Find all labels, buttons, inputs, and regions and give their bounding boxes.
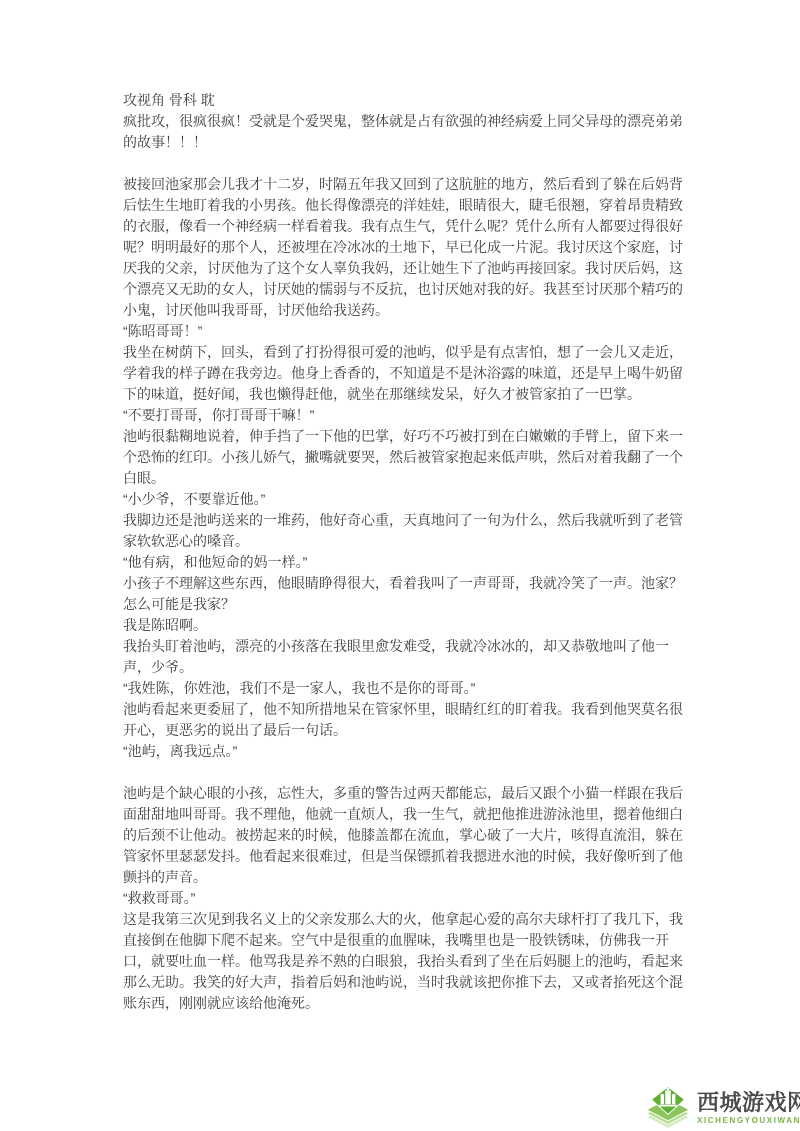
paragraph: 我坐在树荫下，回头，看到了打扮得很可爱的池屿，似乎是有点害怕，想了一会儿又走近，… [123,342,683,405]
layered-diamond-logo-icon [644,1084,692,1130]
paragraph: “陈昭哥哥！” [123,321,683,342]
article-body: 攻视角 骨科 耽疯批攻，很疯很疯！受就是个爱哭鬼，整体就是占有欲强的神经病爱上同… [123,90,683,1014]
paragraph-spacer [123,762,683,783]
paragraph: “不要打哥哥，你打哥哥干嘛！” [123,405,683,426]
paragraph: 我脚边还是池屿送来的一堆药，他好奇心重，天真地问了一句为什么，然后我就听到了老管… [123,510,683,552]
site-name: 西城游戏网 [697,1091,800,1115]
paragraph: “救救哥哥。” [123,888,683,909]
paragraph: 池屿看起来更委屈了，他不知所措地呆在管家怀里，眼睛红红的盯着我。我看到他哭莫名很… [123,699,683,741]
site-watermark: 西城游戏网 XICHENGYOUXIWANG [644,1084,800,1130]
paragraph: 池屿是个缺心眼的小孩，忘性大，多重的警告过两天都能忘，最后又跟个小猫一样跟在我后… [123,783,683,888]
paragraph: “他有病，和他短命的妈一样。” [123,552,683,573]
building-glyph [659,1088,677,1106]
paragraph: 攻视角 骨科 耽 [123,90,683,111]
paragraph-spacer [123,153,683,174]
paragraph: 我抬头盯着池屿，漂亮的小孩落在我眼里愈发难受，我就冷冰冰的，却又恭敬地叫了他一声… [123,636,683,678]
site-name-latin: XICHENGYOUXIWANG [697,1116,800,1126]
paragraph: “池屿，离我远点。” [123,741,683,762]
paragraph: “我姓陈，你姓池，我们不是一家人，我也不是你的哥哥。” [123,678,683,699]
paragraph: 被接回池家那会儿我才十二岁，时隔五年我又回到了这肮脏的地方，然后看到了躲在后妈背… [123,174,683,321]
paragraph: “小少爷，不要靠近他。” [123,489,683,510]
paragraph: 小孩子不理解这些东西，他眼睛睁得很大，看着我叫了一声哥哥，我就冷笑了一声。池家？… [123,573,683,615]
site-logo-text: 西城游戏网 XICHENGYOUXIWANG [697,1084,800,1126]
paragraph: 池屿很黏糊地说着，伸手挡了一下他的巴掌，好巧不巧被打到在白嫩嫩的手臂上，留下来一… [123,426,683,489]
paragraph: 疯批攻，很疯很疯！受就是个爱哭鬼，整体就是占有欲强的神经病爱上同父异母的漂亮弟弟… [123,111,683,153]
paragraph: 这是我第三次见到我名义上的父亲发那么大的火，他拿起心爱的高尔夫球杆打了我几下，我… [123,909,683,1014]
paragraph: 我是陈昭啊。 [123,615,683,636]
